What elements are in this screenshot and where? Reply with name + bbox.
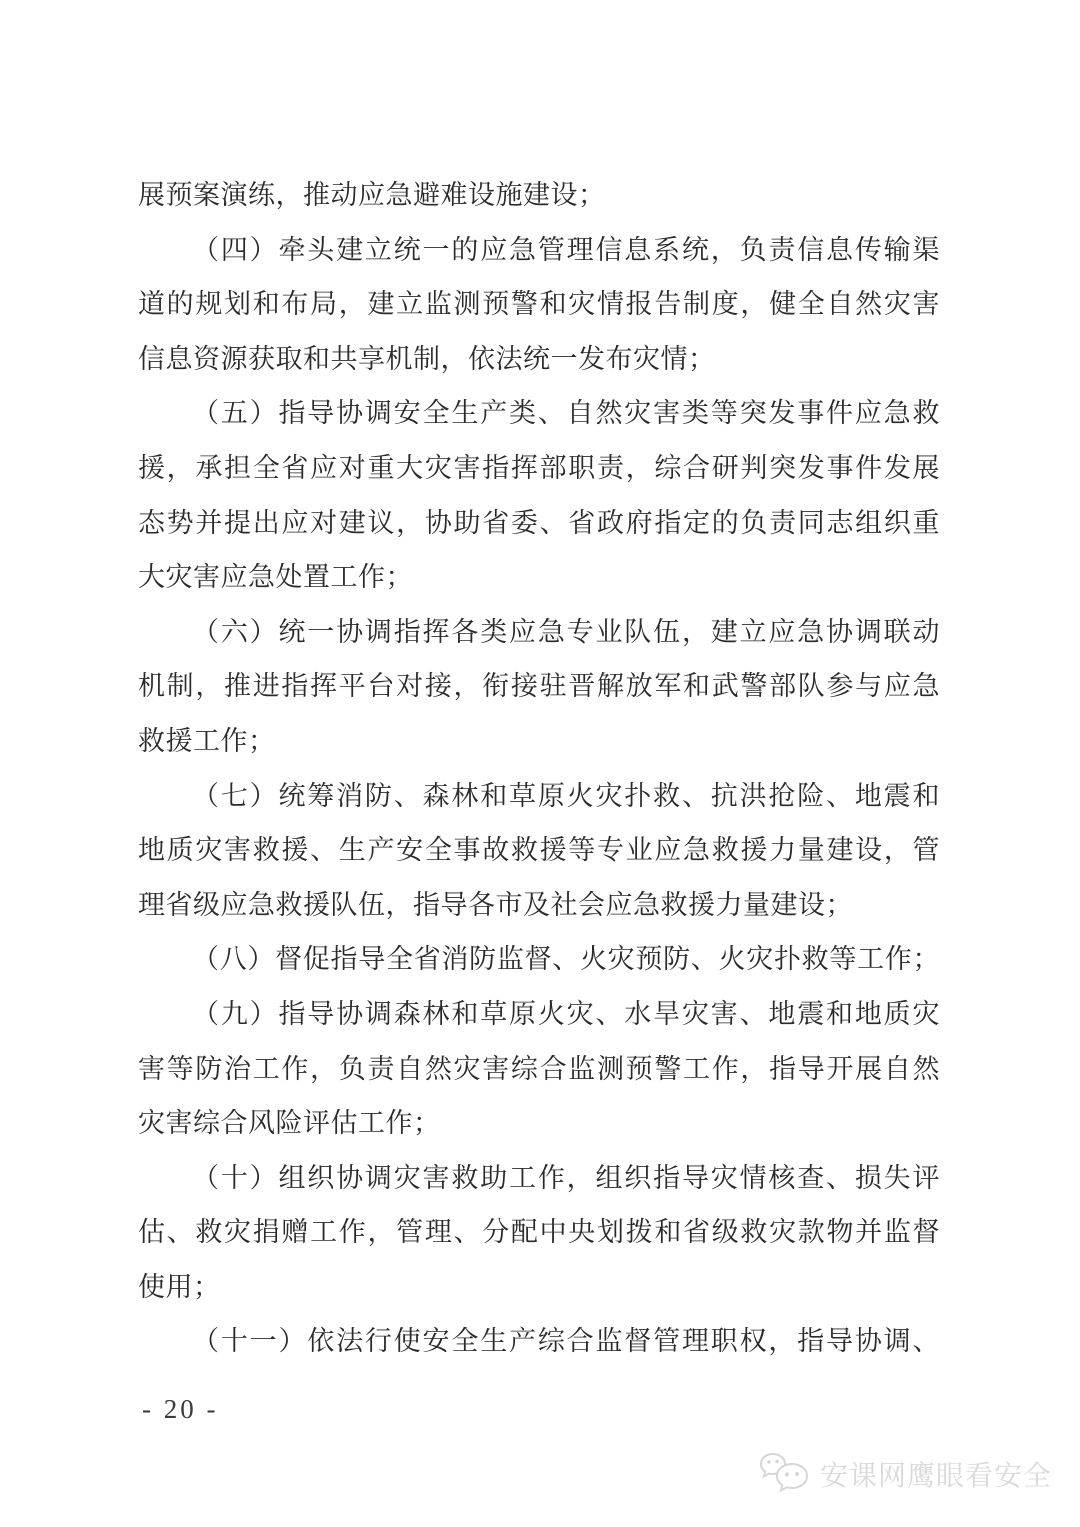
text-line: （九）指导协调森林和草原火灾、水旱灾害、地震和地质灾	[138, 987, 940, 1042]
text-line: （八）督促指导全省消防监督、火灾预防、火灾扑救等工作；	[138, 932, 940, 987]
wechat-icon	[756, 1450, 812, 1498]
text-line: （六）统一协调指挥各类应急专业队伍，建立应急协调联动	[138, 605, 940, 660]
text-line: 援，承担全省应对重大灾害指挥部职责，综合研判突发事件发展	[138, 441, 940, 496]
footer-watermark: 安课网鹰眼看安全	[756, 1448, 1052, 1500]
text-line: 信息资源获取和共享机制，依法统一发布灾情；	[138, 332, 940, 387]
text-line: 使用；	[138, 1260, 940, 1315]
text-line: （七）统筹消防、森林和草原火灾扑救、抗洪抢险、地震和	[138, 769, 940, 824]
text-line: 理省级应急救援队伍，指导各市及社会应急救援力量建设；	[138, 878, 940, 933]
document-body: 展预案演练，推动应急避难设施建设； （四）牵头建立统一的应急管理信息系统，负责信…	[138, 168, 940, 1369]
text-line: 态势并提出应对建议，协助省委、省政府指定的负责同志组织重	[138, 496, 940, 551]
footer-brand-text: 安课网鹰眼看安全	[820, 1454, 1052, 1494]
text-line: 估、救灾捐赠工作，管理、分配中央划拨和省级救灾款物并监督	[138, 1205, 940, 1260]
text-line: （十一）依法行使安全生产综合监督管理职权，指导协调、	[138, 1314, 940, 1369]
text-line: 大灾害应急处置工作；	[138, 550, 940, 605]
text-line: （十）组织协调灾害救助工作，组织指导灾情核查、损失评	[138, 1151, 940, 1206]
text-line: （四）牵头建立统一的应急管理信息系统，负责信息传输渠	[138, 223, 940, 278]
text-line: 道的规划和布局，建立监测预警和灾情报告制度，健全自然灾害	[138, 277, 940, 332]
document-page: 展预案演练，推动应急避难设施建设； （四）牵头建立统一的应急管理信息系统，负责信…	[0, 0, 1080, 1527]
text-line: 机制，推进指挥平台对接，衔接驻晋解放军和武警部队参与应急	[138, 659, 940, 714]
text-line: 地质灾害救援、生产安全事故救援等专业应急救援力量建设，管	[138, 823, 940, 878]
text-line: 展预案演练，推动应急避难设施建设；	[138, 168, 940, 223]
text-line: 灾害综合风险评估工作；	[138, 1096, 940, 1151]
text-line: 救援工作；	[138, 714, 940, 769]
page-number: - 20 -	[142, 1394, 218, 1425]
text-line: （五）指导协调安全生产类、自然灾害类等突发事件应急救	[138, 386, 940, 441]
text-line: 害等防治工作，负责自然灾害综合监测预警工作，指导开展自然	[138, 1042, 940, 1097]
